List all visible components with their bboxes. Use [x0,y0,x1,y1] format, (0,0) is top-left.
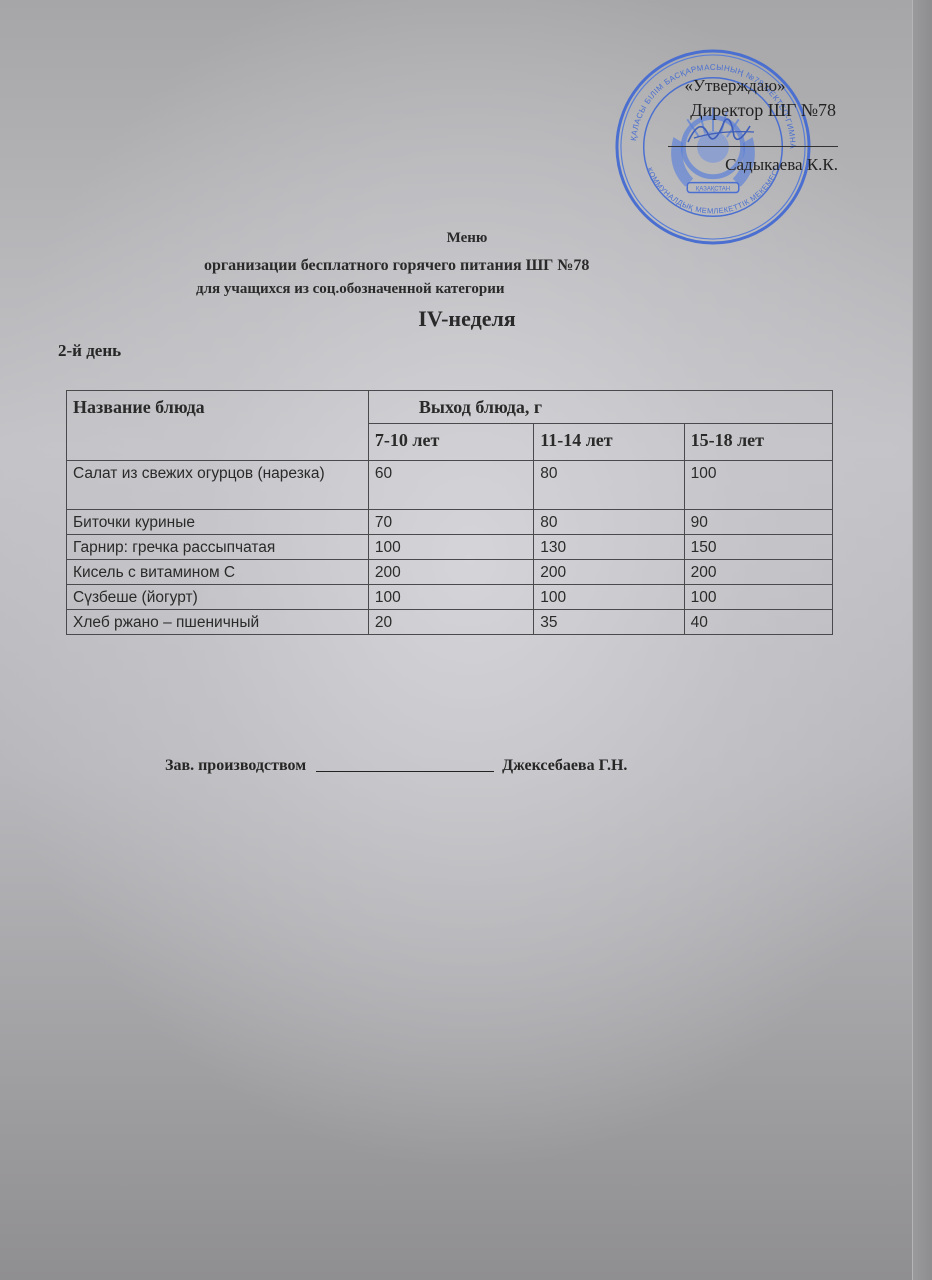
footer-signature: Зав. производствомДжексебаева Г.Н. [165,757,627,775]
week-title: IV-неделя [0,306,914,332]
yield-7-10: 100 [368,585,533,610]
footer-position: Зав. производством [165,757,306,774]
yield-7-10: 100 [368,535,533,560]
header-age-15-18: 15-18 лет [684,424,832,461]
footer-signature-line [316,757,494,772]
yield-11-14: 35 [534,610,684,635]
signature-line [668,146,838,147]
yield-7-10: 60 [368,461,533,510]
dish-name: Сүзбеше (йогурт) [67,585,369,610]
title-menu-text: Меню [447,230,488,246]
table-header-row: Название блюда Выход блюда, г [67,391,833,424]
page-edge-background [912,0,932,1280]
dish-name: Гарнир: гречка рассыпчатая [67,535,369,560]
header-age-11-14: 11-14 лет [534,424,684,461]
table-row: Кисель с витамином С 200 200 200 [67,560,833,585]
yield-15-18: 40 [684,610,832,635]
header-dish-name: Название блюда [67,391,369,461]
yield-11-14: 200 [534,560,684,585]
approval-name: Садыкаева К.К. [672,155,838,175]
svg-text:ҚАЗАҚСТАН: ҚАЗАҚСТАН [696,187,730,193]
table-row: Сүзбеше (йогурт) 100 100 100 [67,585,833,610]
dish-name: Хлеб ржано – пшеничный [67,610,369,635]
header-yield: Выход блюда, г [368,391,832,424]
yield-11-14: 80 [534,461,684,510]
dish-name: Кисель с витамином С [67,560,369,585]
yield-15-18: 200 [684,560,832,585]
table-row: Биточки куриные 70 80 90 [67,510,833,535]
yield-7-10: 20 [368,610,533,635]
yield-15-18: 100 [684,461,832,510]
yield-11-14: 130 [534,535,684,560]
yield-15-18: 100 [684,585,832,610]
approval-heading: «Утверждаю» [660,76,810,96]
table-row: Салат из свежих огурцов (нарезка) 60 80 … [67,461,833,510]
document-subtitle-category: для учащихся из соц.обозначенной категор… [196,281,504,298]
day-label: 2-й день [58,341,121,361]
week-title-text: IV-неделя [418,306,515,331]
yield-11-14: 80 [534,510,684,535]
yield-15-18: 150 [684,535,832,560]
table-row: Хлеб ржано – пшеничный 20 35 40 [67,610,833,635]
yield-11-14: 100 [534,585,684,610]
dish-name: Салат из свежих огурцов (нарезка) [67,461,369,510]
menu-table: Название блюда Выход блюда, г 7-10 лет 1… [66,390,833,635]
footer-name: Джексебаева Г.Н. [502,757,627,774]
header-age-7-10: 7-10 лет [368,424,533,461]
yield-7-10: 200 [368,560,533,585]
document-title: Меню [0,230,914,247]
dish-name: Биточки куриные [67,510,369,535]
table-row: Гарнир: гречка рассыпчатая 100 130 150 [67,535,833,560]
yield-7-10: 70 [368,510,533,535]
yield-15-18: 90 [684,510,832,535]
document-subtitle: организации бесплатного горячего питания… [204,257,589,275]
